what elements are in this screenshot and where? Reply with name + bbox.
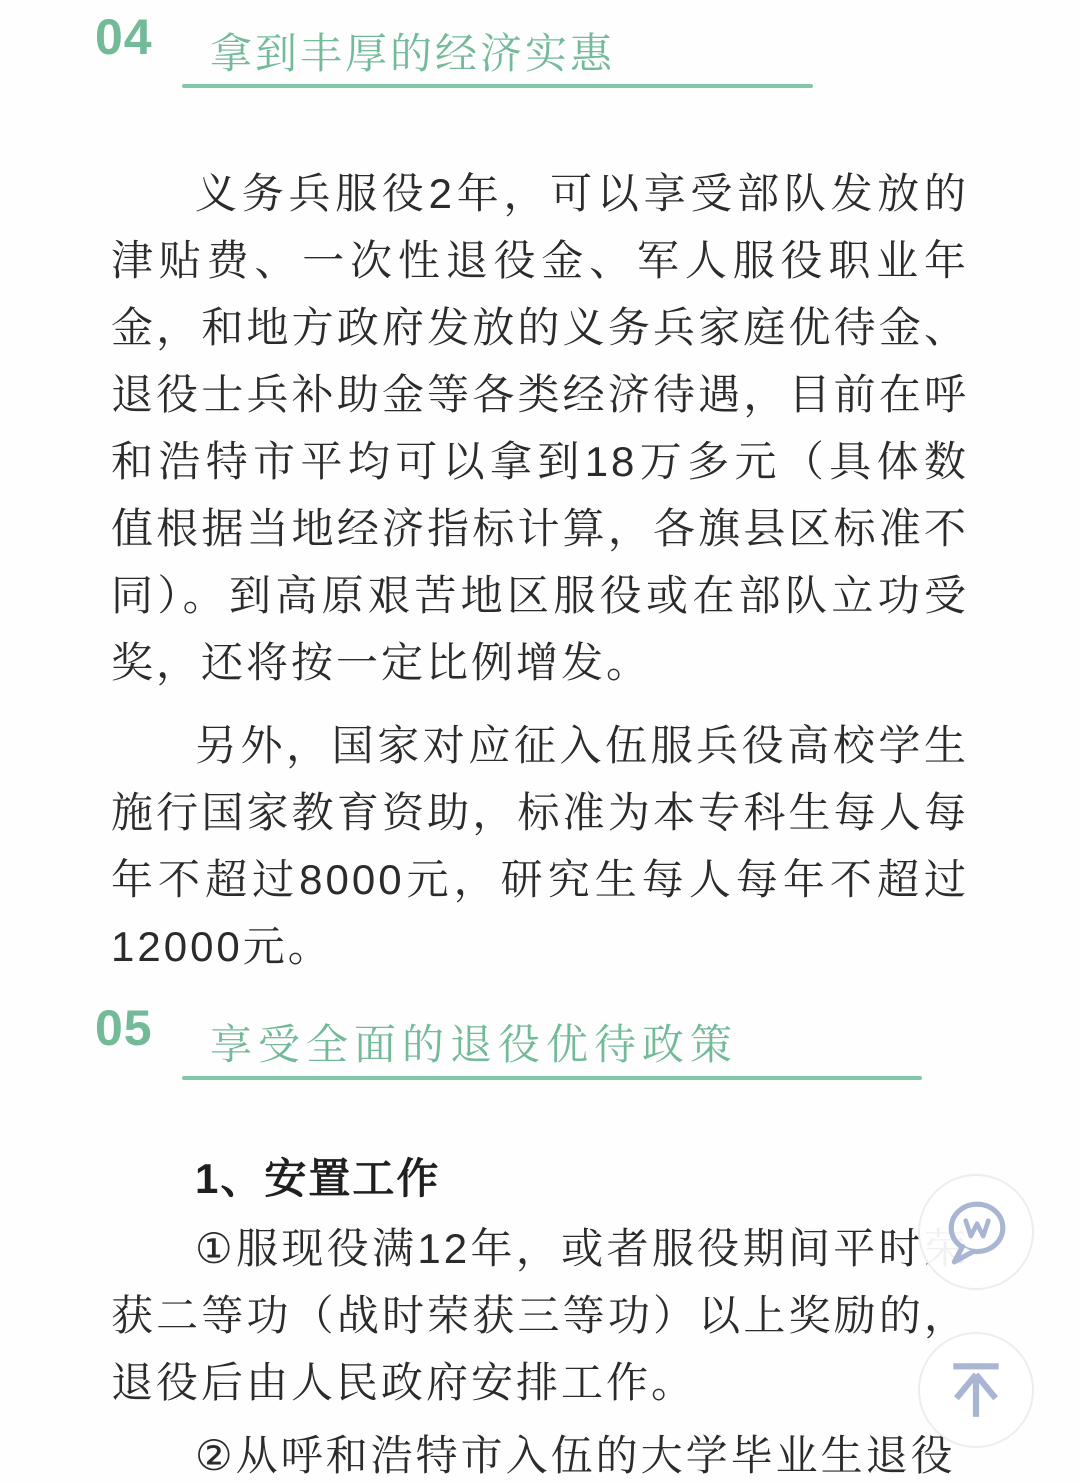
speech-bubble-w-icon: [943, 1199, 1009, 1265]
subheading-job-placement: 1、安置工作: [111, 1145, 969, 1212]
paragraph-economic-benefits: 义务兵服役2年，可以享受部队发放的津贴费、一次性退役金、军人服役职业年金，和地方…: [111, 160, 969, 696]
paragraph-placement-item-1: ①服现役满12年，或者服役期间平时荣获二等功（战时荣获三等功）以上奖励的，退役后…: [111, 1215, 969, 1416]
section-title-05: 享受全面的退役优待政策: [210, 1024, 738, 1066]
section-underline-05: [182, 1076, 922, 1080]
section-number-05: 05: [95, 1003, 153, 1053]
section-number-04: 04: [95, 12, 153, 62]
paragraph-placement-item-2: ②从呼和浩特市入伍的大学毕业生退役: [111, 1422, 969, 1483]
section-title-04: 拿到丰厚的经济实惠: [210, 33, 615, 75]
comment-button[interactable]: [918, 1174, 1034, 1290]
arrow-up-to-top-icon: [943, 1357, 1009, 1423]
paragraph-education-subsidy: 另外，国家对应征入伍服兵役高校学生施行国家教育资助，标准为本专科生每人每年不超过…: [111, 712, 969, 980]
back-to-top-button[interactable]: [918, 1332, 1034, 1448]
section-underline-04: [182, 84, 813, 88]
article-page: 04 拿到丰厚的经济实惠 义务兵服役2年，可以享受部队发放的津贴费、一次性退役金…: [0, 0, 1080, 1483]
